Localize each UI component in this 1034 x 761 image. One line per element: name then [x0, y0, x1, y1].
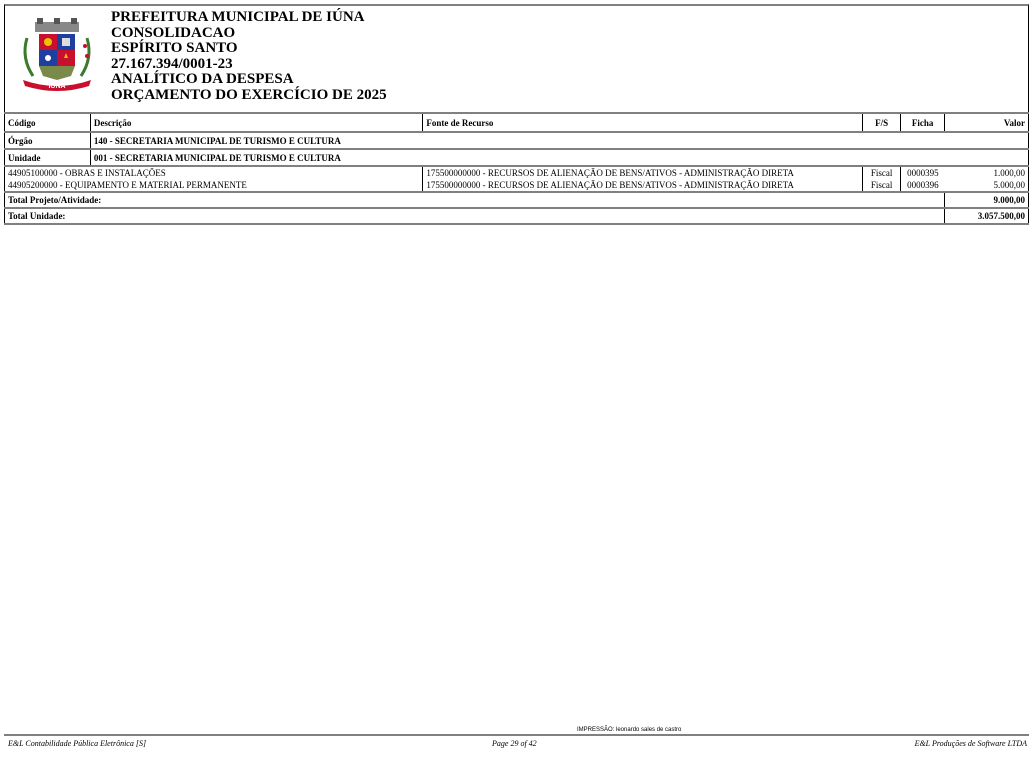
fs-value: Fiscal: [863, 166, 901, 179]
total-unidade-value: 3.057.500,00: [945, 208, 1029, 224]
fonte-recurso: 175500000000 - RECURSOS DE ALIENAÇÃO DE …: [423, 179, 863, 192]
fs-value: Fiscal: [863, 179, 901, 192]
unidade-label: Unidade: [5, 149, 91, 166]
ficha-value: 0000396: [901, 179, 945, 192]
total-unidade-label: Total Unidade:: [5, 208, 945, 224]
orgao-label: Órgão: [5, 132, 91, 149]
valor-value: 5.000,00: [945, 179, 1029, 192]
valor-value: 1.000,00: [945, 166, 1029, 179]
unidade-row: Unidade 001 - SECRETARIA MUNICIPAL DE TU…: [5, 149, 1029, 166]
report-title: ANALÍTICO DA DESPESA: [111, 72, 387, 88]
footer-divider: [4, 734, 1029, 736]
table-row: 44905100000 - OBRAS E INSTALAÇÕES 175500…: [5, 166, 1029, 179]
fonte-recurso: 175500000000 - RECURSOS DE ALIENAÇÃO DE …: [423, 166, 863, 179]
header-title-block: PREFEITURA MUNICIPAL DE IÚNA CONSOLIDACA…: [111, 10, 387, 104]
ficha-value: 0000395: [901, 166, 945, 179]
table-row: 44905200000 - EQUIPAMENTO E MATERIAL PER…: [5, 179, 1029, 192]
footer-system-name: E&L Contabilidade Pública Eletrônica [S]: [8, 739, 146, 748]
table-header-row: Código Descrição Fonte de Recurso F/S Fi…: [5, 113, 1029, 132]
unidade-value: 001 - SECRETARIA MUNICIPAL DE TURISMO E …: [90, 149, 1028, 166]
elemento-despesa: 44905100000 - OBRAS E INSTALAÇÕES: [5, 166, 423, 179]
total-projeto-label: Total Projeto/Atividade:: [5, 192, 945, 208]
total-projeto-value: 9.000,00: [945, 192, 1029, 208]
footer-vendor: E&L Produções de Software LTDA: [915, 739, 1027, 748]
budget-year: ORÇAMENTO DO EXERCÍCIO DE 2025: [111, 88, 387, 104]
orgao-value: 140 - SECRETARIA MUNICIPAL DE TURISMO E …: [90, 132, 1028, 149]
elemento-despesa: 44905200000 - EQUIPAMENTO E MATERIAL PER…: [5, 179, 423, 192]
page-number: Page 29 of 42: [492, 739, 537, 748]
column-header-descricao: Descrição: [90, 113, 422, 132]
total-projeto-row: Total Projeto/Atividade: 9.000,00: [5, 192, 1029, 208]
printed-by: IMPRESSÃO: leonardo sales de castro: [577, 727, 681, 733]
orgao-row: Órgão 140 - SECRETARIA MUNICIPAL DE TURI…: [5, 132, 1029, 149]
municipality-name: PREFEITURA MUNICIPAL DE IÚNA: [111, 10, 387, 26]
column-header-fonte: Fonte de Recurso: [423, 113, 863, 132]
svg-text:IÚNA: IÚNA: [48, 81, 65, 90]
column-header-ficha: Ficha: [901, 113, 945, 132]
total-unidade-row: Total Unidade: 3.057.500,00: [5, 208, 1029, 224]
report-scope: CONSOLIDACAO: [111, 26, 387, 42]
report-header: IÚNA PREFEITURA MUNICIPAL DE IÚNA CONSOL…: [4, 4, 1029, 112]
state-name: ESPÍRITO SANTO: [111, 41, 387, 57]
expense-table: Código Descrição Fonte de Recurso F/S Fi…: [4, 112, 1029, 225]
column-header-fs: F/S: [863, 113, 901, 132]
column-header-codigo: Código: [5, 113, 91, 132]
column-header-valor: Valor: [945, 113, 1029, 132]
municipal-coat-of-arms-icon: IÚNA: [15, 18, 99, 92]
